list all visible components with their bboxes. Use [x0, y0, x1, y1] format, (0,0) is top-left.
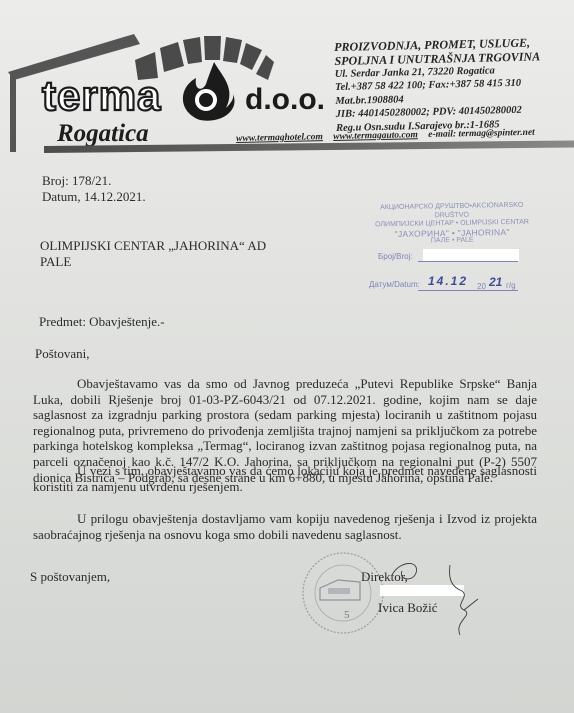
stamp-datum-underline — [418, 290, 518, 291]
reference-block: Broj: 178/21. Datum, 14.12.2021. — [42, 173, 146, 204]
stamp-broj-label: Број/Broj: — [378, 252, 413, 261]
paragraph-text: U vezi s tim, obavještavamo vas da ćemo … — [33, 463, 537, 494]
reference-number: Broj: 178/21. — [42, 173, 146, 189]
redaction-box — [423, 249, 519, 261]
seal-number: 5 — [344, 608, 350, 624]
recipient-block: OLIMPIJSKI CENTAR „JAHORINA“ AD PALE — [40, 238, 266, 269]
company-info: PROIZVODNJA, PROMET, USLUGE, SPOLJNA I U… — [334, 35, 542, 135]
body-paragraph-3: U prilogu obavještenja dostavljamo vam k… — [33, 511, 537, 542]
recipient-city: PALE — [40, 254, 266, 270]
incoming-stamp: АКЦИОНАРСКО ДРУШТВО•AKCIONARSKO DRUŠTVO … — [372, 202, 533, 247]
company-seal-icon — [298, 548, 388, 638]
handwritten-signature-icon — [380, 555, 490, 645]
subject-line: Predmet: Obavještenje.- — [39, 314, 165, 330]
stamp-year-handwritten: 21 — [489, 275, 502, 289]
reference-date: Datum, 14.12.2021. — [42, 189, 146, 205]
greeting: Poštovani, — [35, 346, 90, 362]
stamp-datum-label: Датум/Datum: — [369, 280, 420, 289]
stamp-datum-handwritten: 14.12 — [428, 274, 468, 288]
website-link-auto[interactable]: www.termagauto.com — [333, 130, 418, 142]
recipient-name: OLIMPIJSKI CENTAR „JAHORINA“ AD — [40, 238, 266, 254]
body-paragraph-2: U vezi s tim, obavještavamo vas da ćemo … — [33, 463, 537, 494]
paragraph-text: U prilogu obavještenja dostavljamo vam k… — [33, 511, 537, 542]
stamp-year-prefix: 20 — [477, 282, 486, 291]
stamp-year-suffix: г/g — [506, 281, 516, 290]
closing: S poštovanjem, — [30, 569, 110, 585]
email-link[interactable]: e-mail: termag@spinter.net — [428, 128, 535, 140]
stamp-broj-underline — [418, 261, 518, 262]
company-city: Rogatica — [57, 120, 149, 148]
svg-text:d.o.o.: d.o.o. — [245, 83, 325, 116]
svg-text:terma: terma — [42, 72, 161, 119]
